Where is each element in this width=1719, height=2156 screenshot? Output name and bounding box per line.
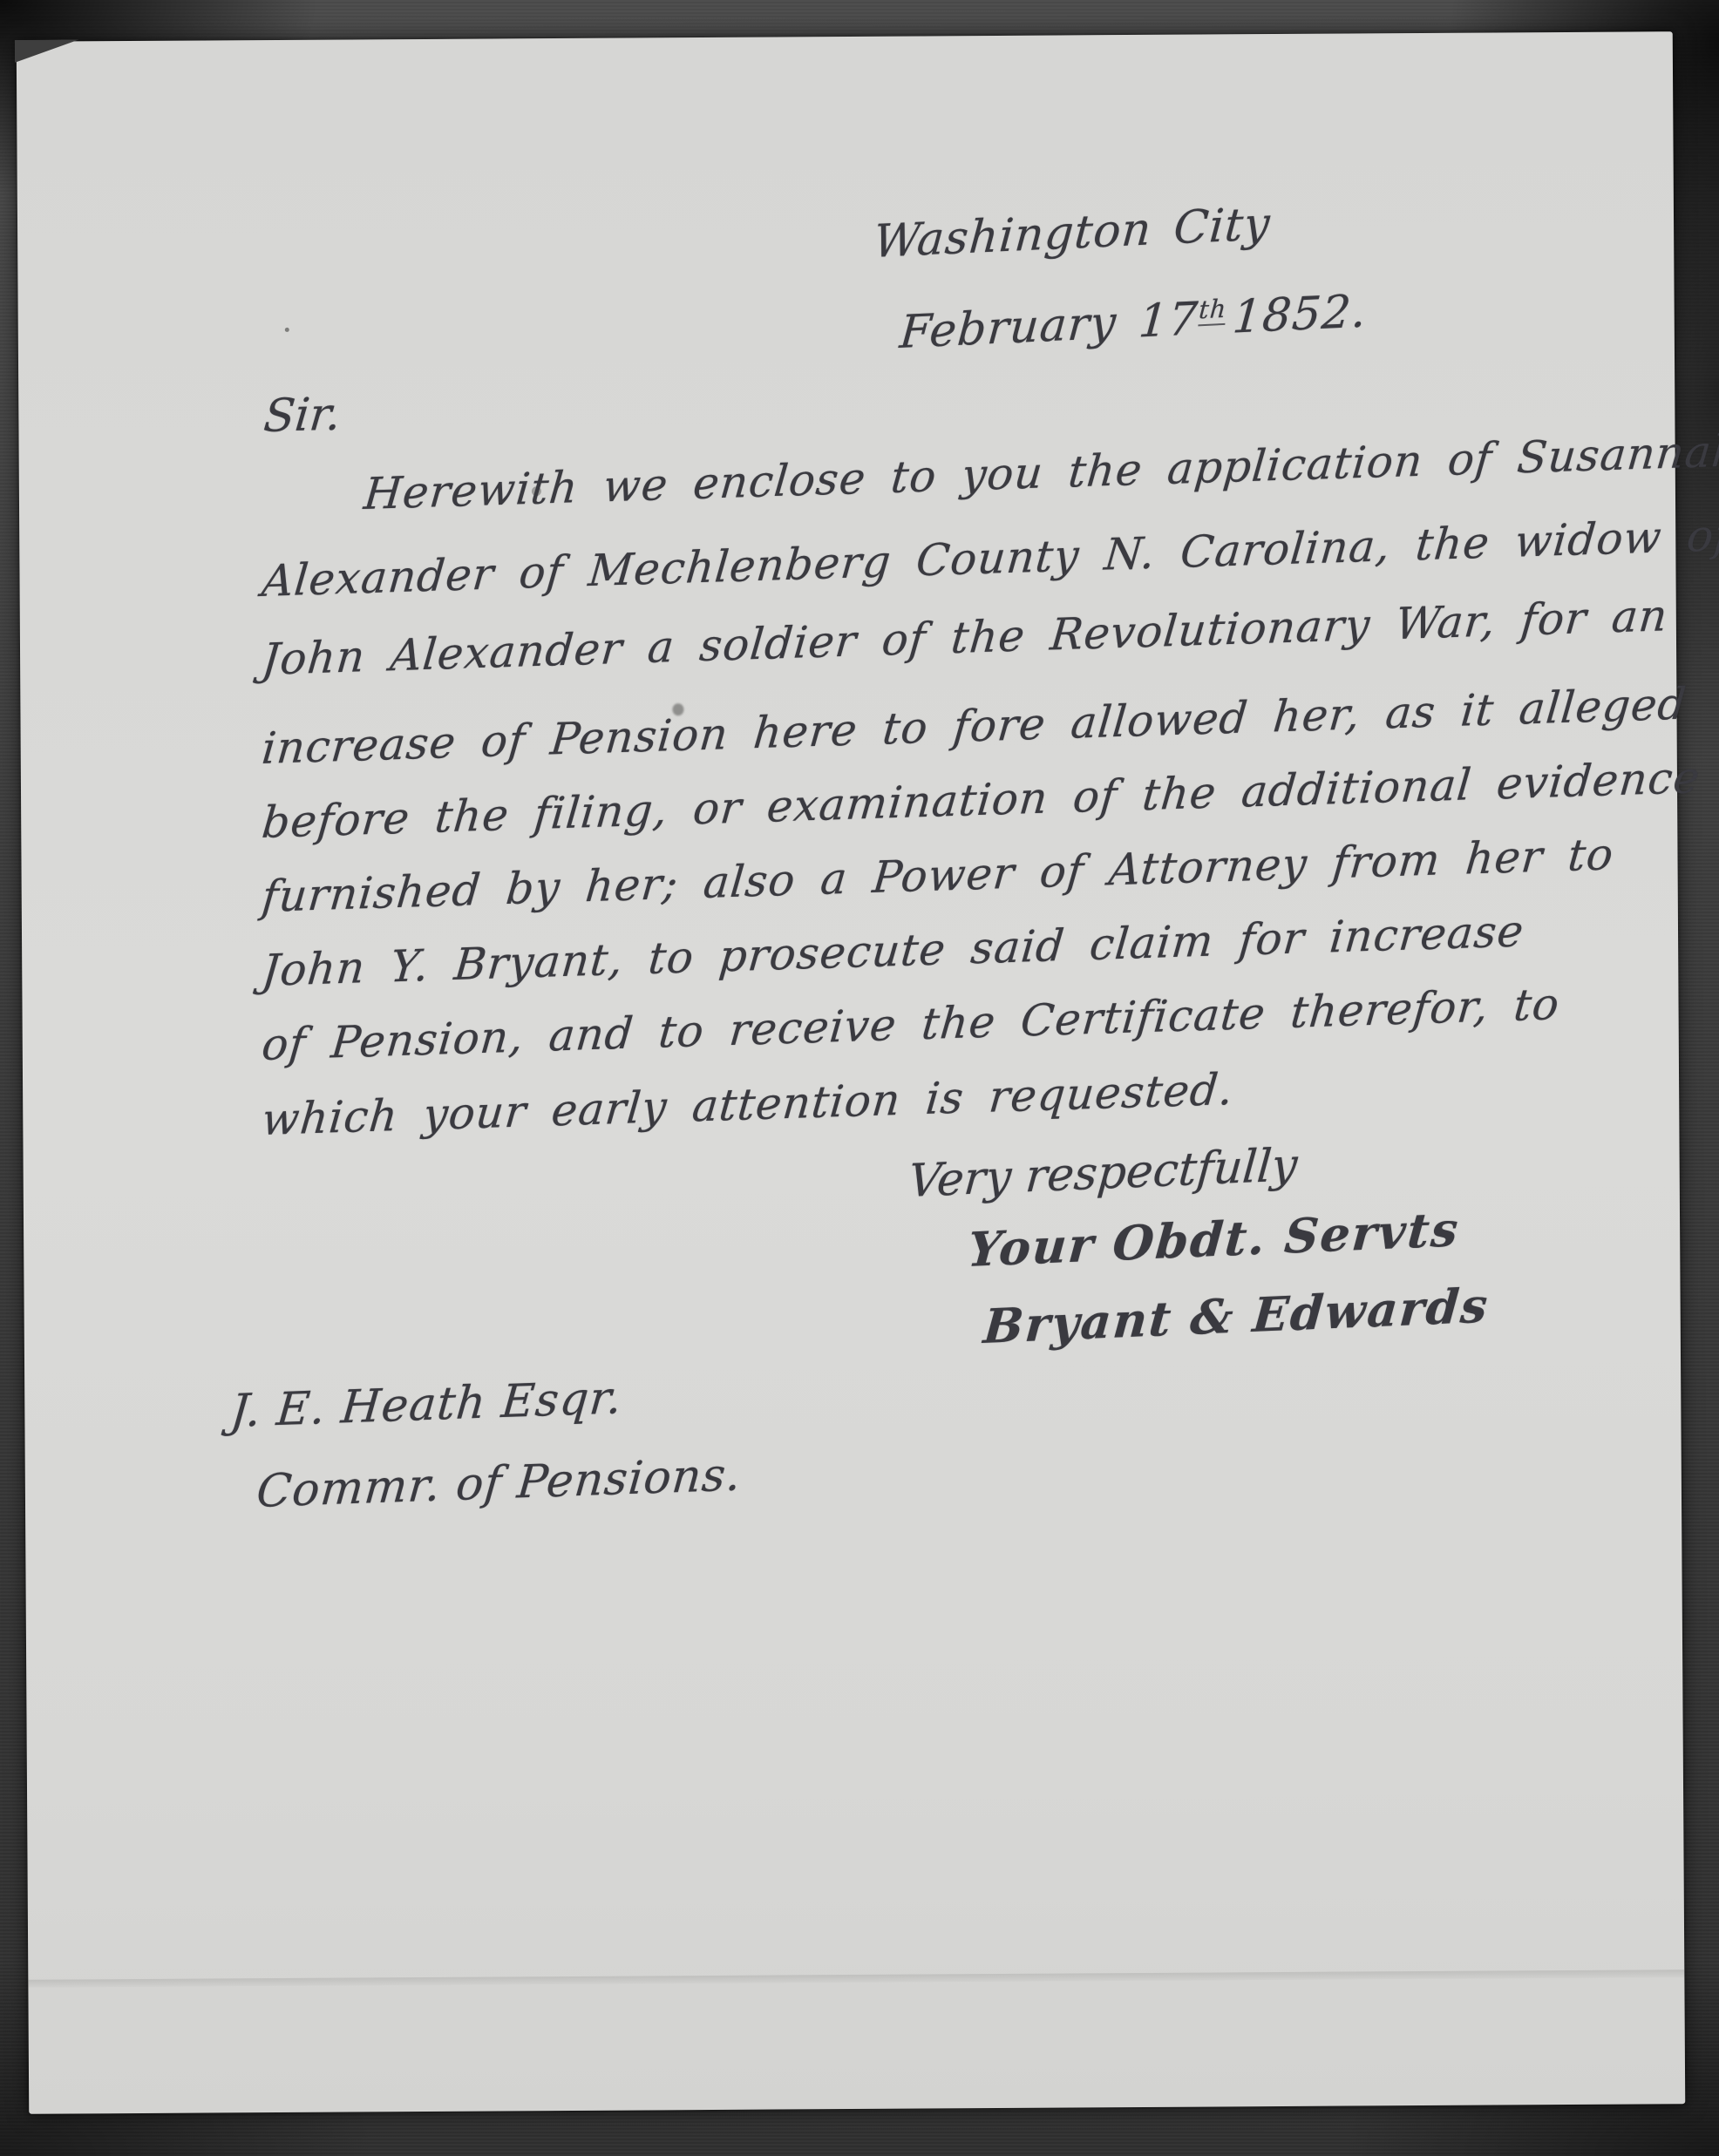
paper-seam [28, 1970, 1684, 1988]
paper-corner-shadow [15, 39, 79, 62]
salutation: Sir. [262, 389, 343, 443]
letter-paper [17, 31, 1685, 2114]
scanned-letter-page: Washington City February 17th1852. Sir. … [0, 0, 1719, 2156]
date-year: 1852. [1231, 285, 1369, 343]
ink-speck [285, 328, 289, 332]
date-ordinal-suffix: th [1198, 293, 1228, 326]
